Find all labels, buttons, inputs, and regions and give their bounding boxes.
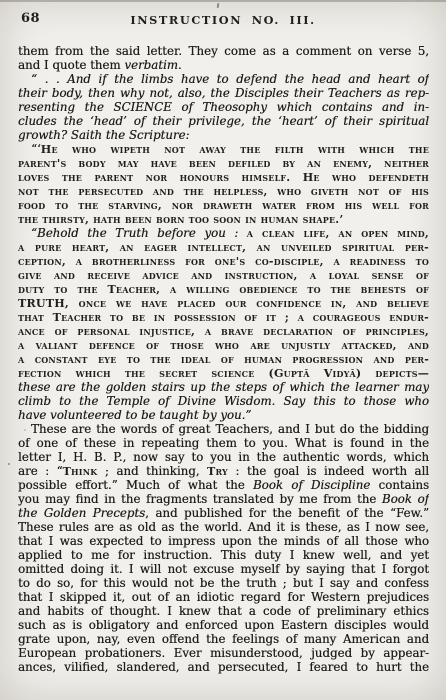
text-line: a valiant defence of those who are unjus…	[18, 338, 429, 352]
text-segment: Book of Discipline	[253, 478, 370, 492]
text-segment: not the persecuted and the helpless, who…	[18, 185, 429, 198]
text-segment: These are the words of great Teachers, a…	[31, 422, 429, 436]
text-segment: duty to the Teacher, a willing obedience…	[18, 283, 429, 296]
text-line: growth? Saith the Scripture:	[18, 128, 429, 142]
text-line: a constant eye to the ideal of human pro…	[18, 352, 429, 366]
text-segment: you may find in the fragments translated…	[18, 492, 382, 506]
text-line: possible effort.” Much of what the Book …	[18, 478, 429, 492]
text-line: the Golden Precepts, and published for t…	[18, 506, 429, 520]
text-line: omitted doing it. I will not excuse myse…	[18, 562, 429, 576]
text-line: that I was expected to impress upon the …	[18, 534, 429, 548]
text-segment: parent's body may have been defiled by a…	[18, 157, 429, 170]
page-header: 68 INSTRUCTION NO. III.	[0, 0, 446, 34]
text-segment: a valiant defence of those who are unjus…	[18, 339, 429, 352]
text-line: food to the starving, nor draweth water …	[18, 198, 429, 212]
text-segment: “‘	[31, 142, 41, 156]
page-body: them from the said letter. They come as …	[18, 44, 429, 674]
text-line: “Behold the Truth before you : a clean l…	[18, 226, 429, 240]
text-line: give and receive advice and instruction,…	[18, 268, 429, 282]
text-segment: Book of	[382, 492, 429, 506]
text-line: them from the said letter. They come as …	[18, 44, 429, 58]
text-segment: “ . . And if the limbs have to defend th…	[31, 72, 429, 86]
text-line: that Teacher to be in possession of it ;…	[18, 310, 429, 324]
running-title: INSTRUCTION NO. III.	[0, 13, 446, 27]
text-line: applied to me for instruction. This duty…	[18, 548, 429, 562]
text-segment: a clean life, an open mind,	[247, 227, 429, 240]
text-segment: possible effort.” Much of what the	[18, 478, 253, 492]
text-line: European probationers. Ever misunderstoo…	[18, 646, 429, 660]
text-segment: cludes the ‘head’ of their privilege, th…	[18, 114, 429, 128]
text-segment: omitted doing it. I will not excuse myse…	[18, 562, 429, 576]
text-segment: their body, then why not, also, the Disc…	[18, 86, 429, 100]
text-line: “‘He who wipeth not away the filth with …	[18, 142, 429, 156]
text-line: TRUTH, once we have placed our confidenc…	[18, 296, 429, 310]
text-line: not the persecuted and the helpless, who…	[18, 184, 429, 198]
text-segment: that I skipped it, out of an idiotic reg…	[18, 590, 429, 604]
text-line: grate upon, nay, even offend the feeling…	[18, 632, 429, 646]
text-segment: that Teacher to be in possession of it ;…	[18, 311, 429, 324]
text-segment: He who wipeth not away the filth with wh…	[41, 143, 429, 156]
text-segment: ances, vilified, slandered, and persecut…	[18, 660, 429, 674]
text-line: are : “Think ; and thinking, Try : the g…	[18, 464, 429, 478]
text-line: letter I, H. B. P., now say to you in th…	[18, 450, 429, 464]
text-line: “ . . And if the limbs have to defend th…	[18, 72, 429, 86]
text-segment: letter I, H. B. P., now say to you in th…	[18, 450, 429, 464]
text-line: climb to the Temple of Divine Wisdom. Sa…	[18, 394, 429, 408]
text-line: cludes the ‘head’ of their privilege, th…	[18, 114, 429, 128]
text-segment: ; and thinking,	[97, 464, 207, 478]
text-segment: of one of these in repeating them to you…	[18, 436, 429, 450]
text-segment: : the goal is indeed worth all	[228, 464, 429, 478]
text-line: to do so, for this would not be the trut…	[18, 576, 429, 590]
text-line: these are the golden stairs up the steps…	[18, 380, 429, 394]
text-segment: give and receive advice and instruction,…	[18, 269, 429, 282]
text-segment: have volunteered to be taught by you.”	[18, 408, 251, 422]
text-segment: European probationers. Ever misunderstoo…	[18, 646, 429, 660]
text-segment: TRUTH, once we have placed our confidenc…	[18, 297, 429, 310]
text-segment: these are the golden stairs up the steps…	[18, 380, 429, 394]
text-segment: climb to the Temple of Divine Wisdom. Sa…	[18, 394, 429, 408]
text-segment: a pure heart, an eager intellect, an unv…	[18, 241, 429, 254]
text-segment: Think	[63, 465, 98, 478]
text-segment: that I was expected to impress upon the …	[18, 534, 429, 548]
text-segment: fection which the secret science (Guptā …	[18, 367, 429, 380]
text-line: loves the parent nor honours himself. He…	[18, 170, 429, 184]
text-segment: applied to me for instruction. This duty…	[18, 548, 429, 562]
text-line: These rules are as old as the world. And…	[18, 520, 429, 534]
text-line: a pure heart, an eager intellect, an unv…	[18, 240, 429, 254]
text-segment: loves the parent nor honours himself. He…	[18, 171, 429, 184]
text-segment: contains	[370, 478, 429, 492]
text-segment: verbatim	[124, 58, 178, 72]
scan-artifact	[8, 463, 10, 465]
text-segment: a constant eye to the ideal of human pro…	[18, 353, 429, 366]
text-segment: growth? Saith the Scripture:	[18, 128, 189, 142]
text-segment: .	[178, 58, 182, 72]
text-segment: and I quote them	[18, 58, 124, 72]
text-line: that I skipped it, out of an idiotic reg…	[18, 590, 429, 604]
text-segment: and habits of thought. I knew that a cod…	[18, 604, 429, 618]
text-segment: them from the said letter. They come as …	[18, 44, 429, 58]
text-line: ance of personal injustice, a brave decl…	[18, 324, 429, 338]
text-segment: grate upon, nay, even offend the feeling…	[18, 632, 429, 646]
book-page-scan: 68 INSTRUCTION NO. III. them from the sa…	[0, 0, 446, 700]
text-line: ances, vilified, slandered, and persecut…	[18, 660, 429, 674]
text-segment: These rules are as old as the world. And…	[18, 520, 429, 534]
text-line: resenting the SCIENCE of Theosophy which…	[18, 100, 429, 114]
text-line: and habits of thought. I knew that a cod…	[18, 604, 429, 618]
text-segment: “Behold the Truth before you :	[31, 226, 247, 240]
text-segment: to do so, for this would not be the trut…	[18, 576, 429, 590]
text-segment: such as is obligatory and enforced upon …	[18, 618, 429, 632]
text-segment: food to the starving, nor draweth water …	[18, 199, 429, 212]
text-line: such as is obligatory and enforced upon …	[18, 618, 429, 632]
text-segment: , and published for the benefit of the “…	[145, 506, 429, 520]
text-line: ception, a brotherliness for one's co-di…	[18, 254, 429, 268]
text-segment: resenting the SCIENCE of Theosophy which…	[18, 100, 429, 114]
text-segment: ception, a brotherliness for one's co-di…	[18, 255, 429, 268]
text-segment: the Golden Precepts	[18, 506, 145, 520]
text-line: parent's body may have been defiled by a…	[18, 156, 429, 170]
text-segment: ance of personal injustice, a brave decl…	[18, 325, 429, 338]
text-line: the thirsty, hath been born too soon in …	[18, 212, 429, 226]
text-line: you may find in the fragments translated…	[18, 492, 429, 506]
text-segment: are : “	[18, 464, 63, 478]
text-line: fection which the secret science (Guptā …	[18, 366, 429, 380]
text-line: These are the words of great Teachers, a…	[18, 422, 429, 436]
text-line: and I quote them verbatim.	[18, 58, 429, 72]
text-line: of one of these in repeating them to you…	[18, 436, 429, 450]
text-segment: the thirsty, hath been born too soon in …	[18, 213, 343, 226]
text-segment: Try	[207, 465, 228, 478]
text-line: their body, then why not, also, the Disc…	[18, 86, 429, 100]
text-line: have volunteered to be taught by you.”	[18, 408, 429, 422]
text-line: duty to the Teacher, a willing obedience…	[18, 282, 429, 296]
